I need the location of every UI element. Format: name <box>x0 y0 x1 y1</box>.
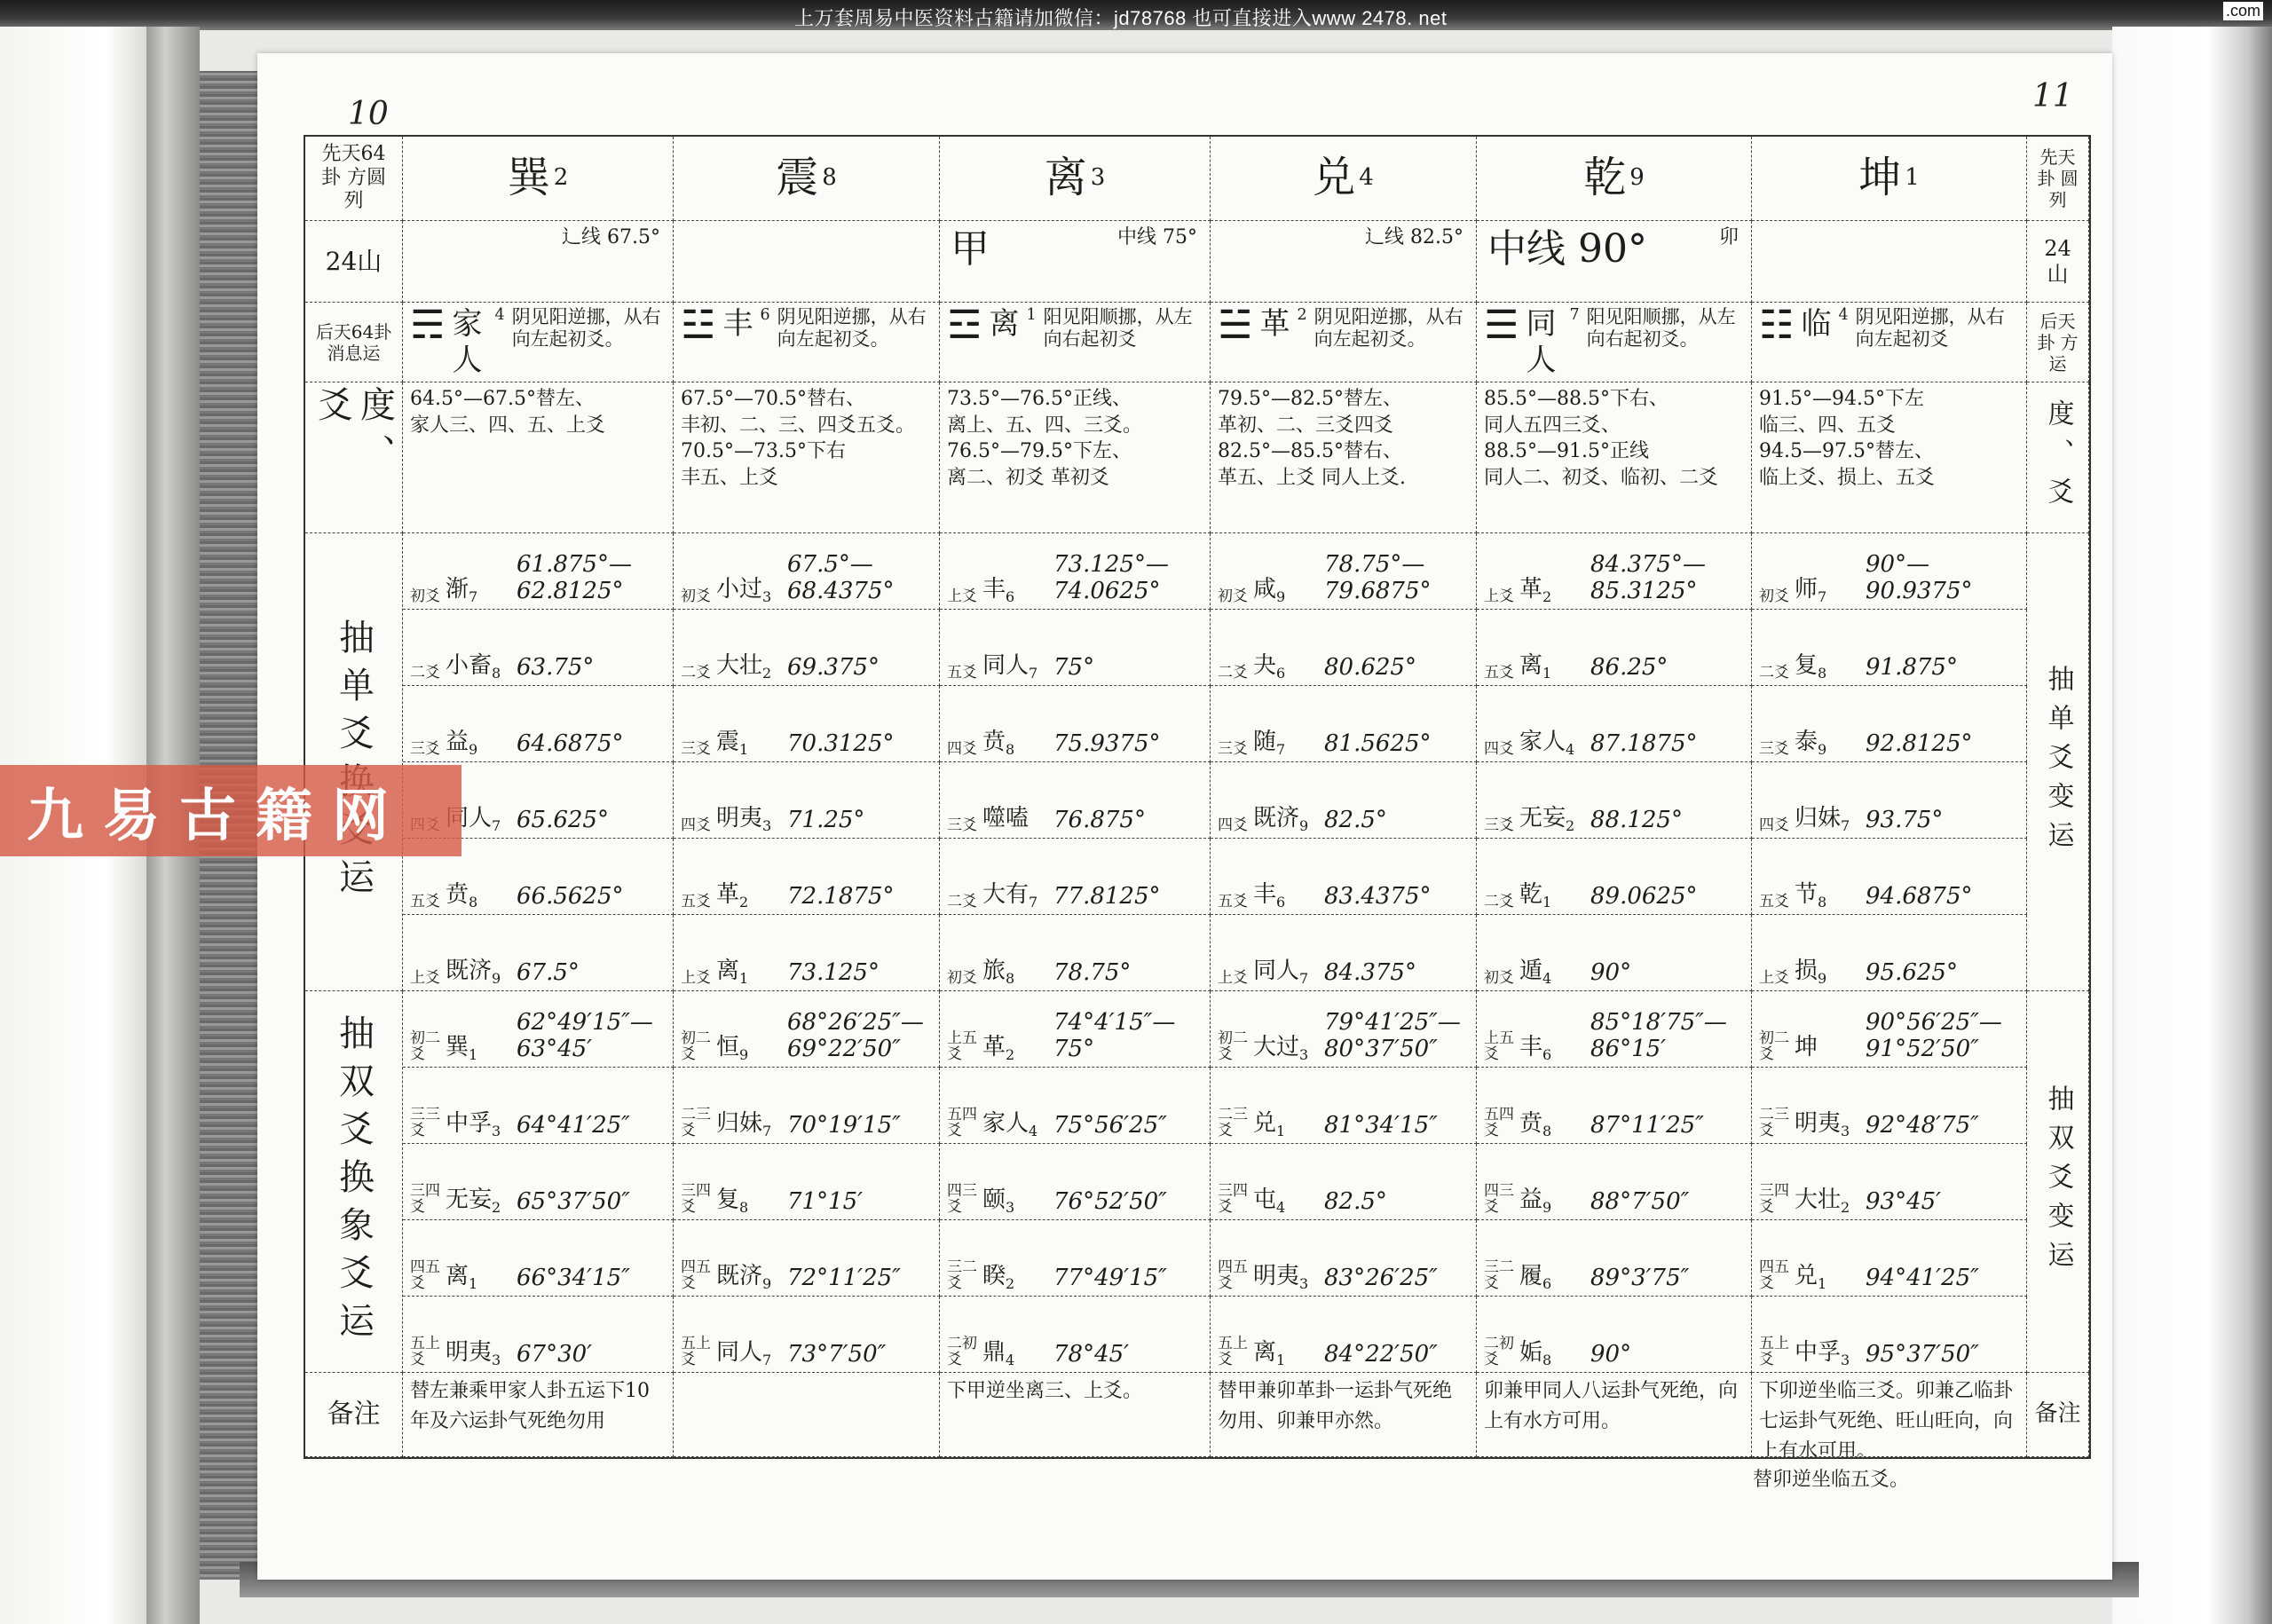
hexagram-rule-text: 阳见阳顺挪，从左向右起初爻。 <box>1587 306 1744 351</box>
yao-hexagram: 离1 <box>446 1263 517 1292</box>
yao-degree: 67°30′ <box>517 1342 666 1368</box>
yao-position: 四五爻 <box>410 1260 446 1292</box>
yao-degree: 94°41′25″ <box>1866 1265 2019 1292</box>
single-yao-cell: 二爻小畜863.75° <box>403 610 674 686</box>
mountain-right: 辶线 82.5° <box>1365 226 1463 249</box>
yao-number: 1 <box>739 970 748 987</box>
single-yao-cell: 上爻同人784.375° <box>1211 915 1477 991</box>
hexagram-name: 同人 <box>1526 306 1562 379</box>
mountain-right: 卯 <box>1719 226 1739 249</box>
row-label-hexagram-nav: 后天64卦 消息运 <box>305 303 403 382</box>
yao-degree: 73.125°— 74.0625° <box>1053 552 1203 605</box>
yao-number: 2 <box>1841 1199 1850 1216</box>
yao-degree: 72.1875° <box>787 884 932 911</box>
trigram-symbol: ☰ <box>1484 306 1519 345</box>
double-yao-cell: 四五爻离166°34′15″ <box>403 1220 674 1297</box>
yao-number: 1 <box>1276 1123 1285 1139</box>
yao-entry: 三四爻无妄265°37′50″ <box>410 1147 666 1216</box>
single-yao-cell: 二爻大有777.8125° <box>940 839 1211 915</box>
yao-number: 4 <box>1542 970 1551 987</box>
yao-degree: 90°56′25″— 91°52′50″ <box>1866 1010 2019 1063</box>
row-label-degrees: 度、爻 <box>305 382 403 533</box>
yao-hexagram: 明夷3 <box>1253 1263 1324 1292</box>
yao-hexagram: 革2 <box>716 881 787 911</box>
degrees-cell: 64.5°—67.5°替左、 家人三、四、五、上爻 <box>403 382 674 533</box>
yao-hexagram: 夬6 <box>1253 652 1324 682</box>
yao-number: 4 <box>1276 1199 1285 1216</box>
trigram-name: 乾 <box>1583 153 1626 204</box>
yao-number: 3 <box>1006 1199 1014 1216</box>
yao-position: 初爻 <box>1484 971 1519 987</box>
yao-entry: 三四爻屯482.5° <box>1218 1147 1469 1216</box>
yao-entry: 五四爻家人475°56′25″ <box>947 1071 1203 1139</box>
yao-number: 6 <box>1542 1046 1551 1063</box>
yao-entry: 二三爻明夷392°48′75″ <box>1759 1071 2019 1139</box>
yao-degree: 89.0625° <box>1590 884 1744 911</box>
yao-degree: 74°4′15″— 75° <box>1053 1010 1203 1063</box>
yao-position: 四爻 <box>1218 818 1253 834</box>
yao-number: 4 <box>1566 741 1574 758</box>
single-yao-cell: 二爻大壮269.375° <box>674 610 940 686</box>
yao-entry: 二初爻鼎478°45′ <box>947 1300 1203 1368</box>
notes-cell: 替甲兼卯革卦一运卦气死绝勿用、卯兼甲亦然。 <box>1211 1373 1477 1457</box>
column-header-trigram: 乾9 <box>1477 137 1752 221</box>
trigram-symbol: ☲ <box>947 306 982 345</box>
trigram-symbol: ☴ <box>410 306 445 345</box>
double-yao-cell: 上五爻革274°4′15″— 75° <box>940 991 1211 1068</box>
yao-position: 三爻 <box>681 742 716 758</box>
yao-position: 上爻 <box>1218 971 1253 987</box>
yao-hexagram: 睽2 <box>982 1263 1053 1292</box>
yao-degree: 91.875° <box>1866 655 2019 682</box>
right-label-notes: 备注 <box>2027 1373 2089 1457</box>
hexagram-name: 革 <box>1259 306 1290 343</box>
double-yao-cell: 三二爻睽277°49′15″ <box>940 1220 1211 1297</box>
yao-entry: 五爻革272.1875° <box>681 842 932 911</box>
mountain-right: 辶线 67.5° <box>562 226 660 249</box>
hexagram-name: 临 <box>1801 306 1831 343</box>
yao-hexagram: 旅8 <box>982 958 1053 987</box>
single-yao-cell: 上爻丰673.125°— 74.0625° <box>940 533 1211 610</box>
mountain-cell: 辶线 67.5° <box>403 221 674 303</box>
yao-position: 四爻 <box>1759 818 1795 834</box>
yao-number: 7 <box>762 1352 771 1368</box>
yao-position: 二初爻 <box>1484 1336 1519 1368</box>
yao-hexagram: 震1 <box>716 729 787 758</box>
yao-entry: 五爻同人775° <box>947 613 1203 682</box>
double-yao-cell: 四五爻明夷383°26′25″ <box>1211 1220 1477 1297</box>
yao-degree: 82.5° <box>1324 808 1469 834</box>
yao-hexagram: 既济9 <box>446 958 517 987</box>
yao-hexagram: 无妄2 <box>446 1186 517 1216</box>
yao-position: 五爻 <box>947 666 982 682</box>
trigram-name: 坤 <box>1858 153 1901 204</box>
single-yao-cell: 初爻遁490° <box>1477 915 1752 991</box>
yao-entry: 三二爻履689°3′75″ <box>1484 1224 1744 1292</box>
yao-degree: 83.4375° <box>1324 884 1469 911</box>
right-label-hexagram-nav: 后天卦 方运 <box>2027 303 2089 382</box>
yao-degree: 80.625° <box>1324 655 1469 682</box>
yao-number: 3 <box>1841 1352 1850 1368</box>
trigram-symbol: ☷ <box>1759 306 1794 345</box>
yao-number: 8 <box>1542 1352 1551 1368</box>
yao-entry: 上爻革284.375°— 85.3125° <box>1484 537 1744 605</box>
yao-entry: 五上爻中孚395°37′50″ <box>1759 1300 2019 1368</box>
double-yao-cell: 四五爻兑194°41′25″ <box>1752 1220 2027 1297</box>
yao-hexagram: 节8 <box>1795 881 1866 911</box>
double-yao-cell: 五上爻中孚395°37′50″ <box>1752 1297 2027 1373</box>
yao-degree: 67.5°— 68.4375° <box>787 552 932 605</box>
yao-position: 三爻 <box>1218 742 1253 758</box>
hexagram-number: 2 <box>1297 306 1306 325</box>
yao-number: 9 <box>1818 741 1826 758</box>
column-header-trigram: 坤1 <box>1752 137 2027 221</box>
double-yao-cell: 三三爻中孚364°41′25″ <box>403 1068 674 1144</box>
yao-entry: 三三爻中孚364°41′25″ <box>410 1071 666 1139</box>
yao-hexagram: 同人7 <box>982 652 1053 682</box>
yao-position: 二爻 <box>1759 666 1795 682</box>
right-page-edge <box>2112 27 2272 1624</box>
yao-degree: 77°49′15″ <box>1053 1265 1203 1292</box>
yao-entry: 三爻震170.3125° <box>681 690 932 758</box>
yao-entry: 五爻节894.6875° <box>1759 842 2019 911</box>
single-yao-cell: 五爻丰683.4375° <box>1211 839 1477 915</box>
yao-entry: 五爻丰683.4375° <box>1218 842 1469 911</box>
hexagram-name: 丰 <box>722 306 753 343</box>
yao-hexagram: 履6 <box>1519 1263 1590 1292</box>
yao-position: 二爻 <box>681 666 716 682</box>
yao-number: 7 <box>1029 665 1037 682</box>
mountain-left: 中线 90° <box>1487 226 1647 273</box>
hexagram-cell: ☷临4阴见阳逆挪，从右向左起初爻 <box>1752 303 2027 382</box>
yao-degree: 84.375°— 85.3125° <box>1590 552 1744 605</box>
yao-hexagram: 既济9 <box>716 1263 787 1292</box>
row-label-single-yao: 抽单爻换爻运 <box>305 533 403 991</box>
yao-number: 3 <box>1841 1123 1850 1139</box>
yao-degree: 76°52′50″ <box>1053 1189 1203 1216</box>
notes-cell: 卯兼甲同人八运卦气死绝，向上有水方可用。 <box>1477 1373 1752 1457</box>
yao-hexagram: 归妹7 <box>1795 805 1866 834</box>
yao-degree: 93.75° <box>1866 808 2019 834</box>
yao-degree: 73.125° <box>787 960 932 987</box>
yao-position: 四三爻 <box>947 1184 982 1216</box>
yao-hexagram: 既济9 <box>1253 805 1324 834</box>
yao-degree: 70.3125° <box>787 731 932 758</box>
corner-text: .com <box>2223 2 2263 20</box>
yao-hexagram: 大有7 <box>982 881 1053 911</box>
yao-position: 二爻 <box>1218 666 1253 682</box>
yao-hexagram: 无妄2 <box>1519 805 1590 834</box>
yao-degree: 62°49′15″— 63°45′ <box>517 1010 666 1063</box>
yao-entry: 二爻大有777.8125° <box>947 842 1203 911</box>
yao-entry: 二爻小畜863.75° <box>410 613 666 682</box>
single-yao-cell: 四爻贲875.9375° <box>940 686 1211 762</box>
yao-position: 五爻 <box>1484 666 1519 682</box>
yao-position: 上爻 <box>410 971 446 987</box>
yao-degree: 78.75° <box>1053 960 1203 987</box>
yao-hexagram: 大过3 <box>1253 1034 1324 1063</box>
yao-entry: 二爻大壮269.375° <box>681 613 932 682</box>
yao-degree: 88°7′50″ <box>1590 1189 1744 1216</box>
single-yao-cell: 四爻家人487.1875° <box>1477 686 1752 762</box>
yao-hexagram: 大壮2 <box>716 652 787 682</box>
yao-hexagram: 离1 <box>716 958 787 987</box>
yao-entry: 四爻明夷371.25° <box>681 766 932 834</box>
yao-position: 上五爻 <box>947 1031 982 1063</box>
yao-entry: 四爻家人487.1875° <box>1484 690 1744 758</box>
yao-entry: 五四爻贲887°11′25″ <box>1484 1071 1744 1139</box>
yao-position: 初爻 <box>947 971 982 987</box>
yao-hexagram: 离1 <box>1519 652 1590 682</box>
yao-hexagram: 师7 <box>1795 576 1866 605</box>
yao-degree: 61.875°— 62.8125° <box>517 552 666 605</box>
single-yao-cell: 初爻师790°—90.9375° <box>1752 533 2027 610</box>
yao-hexagram: 兑1 <box>1795 1263 1866 1292</box>
yao-degree: 90° <box>1590 960 1744 987</box>
degrees-cell: 79.5°—82.5°替左、 革初、二、三爻四爻 82.5°—85.5°替右、 … <box>1211 382 1477 533</box>
page-number-right: 11 <box>2032 78 2073 114</box>
page-number-left: 10 <box>348 96 389 132</box>
yao-degree: 77.8125° <box>1053 884 1203 911</box>
double-yao-cell: 三四爻无妄265°37′50″ <box>403 1144 674 1220</box>
yao-entry: 四五爻兑194°41′25″ <box>1759 1224 2019 1292</box>
yao-position: 五爻 <box>681 895 716 911</box>
yao-degree: 64.6875° <box>517 731 666 758</box>
yao-position: 四五爻 <box>681 1260 716 1292</box>
yao-number: 3 <box>762 588 771 605</box>
trigram-symbol: ☳ <box>681 306 715 345</box>
yao-hexagram: 小畜8 <box>446 652 517 682</box>
yao-entry: 四爻贲875.9375° <box>947 690 1203 758</box>
yao-hexagram: 屯4 <box>1253 1186 1324 1216</box>
yao-entry: 二三爻归妹770°19′15″ <box>681 1071 932 1139</box>
yao-degree: 92.8125° <box>1866 731 2019 758</box>
yao-entry: 初爻师790°—90.9375° <box>1759 537 2019 605</box>
single-yao-cell: 初爻渐761.875°— 62.8125° <box>403 533 674 610</box>
yao-position: 三四爻 <box>1759 1184 1795 1216</box>
notes-cell <box>674 1373 940 1457</box>
yao-position: 初爻 <box>681 589 716 605</box>
yao-number: 9 <box>762 1275 771 1292</box>
mountain-cell: 辶线 82.5° <box>1211 221 1477 303</box>
yao-number: 9 <box>1542 1199 1551 1216</box>
yao-hexagram: 巽1 <box>446 1034 517 1063</box>
hexagram-cell: ☴家人4阴见阳逆挪，从右向左起初爻。 <box>403 303 674 382</box>
yao-position: 四五爻 <box>1218 1260 1253 1292</box>
yao-degree: 93°45′ <box>1866 1189 2019 1216</box>
yao-hexagram: 丰6 <box>1253 881 1324 911</box>
yao-position: 四五爻 <box>1759 1260 1795 1292</box>
double-yao-cell: 初二爻巽162°49′15″— 63°45′ <box>403 991 674 1068</box>
yao-number: 7 <box>1276 741 1285 758</box>
mountain-cell <box>674 221 940 303</box>
ad-banner: 上万套周易中医资料古籍请加微信：jd78768 也可直接进入www 2478. … <box>0 0 2272 30</box>
single-yao-cell: 五爻节894.6875° <box>1752 839 2027 915</box>
yao-position: 四三爻 <box>1484 1184 1519 1216</box>
yao-hexagram: 丰6 <box>982 576 1053 605</box>
yao-entry: 上爻同人784.375° <box>1218 918 1469 987</box>
yao-entry: 四五爻离166°34′15″ <box>410 1224 666 1292</box>
column-header-trigram: 离3 <box>940 137 1211 221</box>
yao-position: 二爻 <box>1484 895 1519 911</box>
yao-entry: 四三爻颐376°52′50″ <box>947 1147 1203 1216</box>
yao-number: 7 <box>1299 970 1308 987</box>
yao-degree: 86.25° <box>1590 655 1744 682</box>
yao-number: 2 <box>1006 1275 1014 1292</box>
single-yao-cell: 三爻泰992.8125° <box>1752 686 2027 762</box>
row-label-mountain: 24山 <box>305 221 403 303</box>
yao-hexagram: 鼎4 <box>982 1339 1053 1368</box>
double-yao-cell: 二三爻明夷392°48′75″ <box>1752 1068 2027 1144</box>
hexagram-cell: ☲离1阳见阳顺挪，从左向右起初爻 <box>940 303 1211 382</box>
yao-hexagram: 归妹7 <box>716 1110 787 1139</box>
yao-position: 五上爻 <box>410 1336 446 1368</box>
yao-position: 五四爻 <box>947 1108 982 1139</box>
yao-hexagram: 中孚3 <box>1795 1339 1866 1368</box>
hexagram-cell: ☱革2阴见阳逆挪，从右向左起初爻。 <box>1211 303 1477 382</box>
yao-hexagram: 丰6 <box>1519 1034 1590 1063</box>
yao-position: 上爻 <box>681 971 716 987</box>
yao-entry: 五爻离186.25° <box>1484 613 1744 682</box>
yao-entry: 二爻夬680.625° <box>1218 613 1469 682</box>
yao-hexagram: 益9 <box>446 729 517 758</box>
yao-hexagram: 贲8 <box>982 729 1053 758</box>
yao-hexagram: 革2 <box>982 1034 1053 1063</box>
yao-hexagram: 咸9 <box>1253 576 1324 605</box>
yao-number: 7 <box>762 1123 771 1139</box>
double-yao-cell: 五四爻家人475°56′25″ <box>940 1068 1211 1144</box>
yao-position: 五爻 <box>410 895 446 911</box>
double-yao-cell: 四三爻益988°7′50″ <box>1477 1144 1752 1220</box>
yao-number: 7 <box>469 588 477 605</box>
single-yao-cell: 上爻既济967.5° <box>403 915 674 991</box>
yao-number: 1 <box>1542 665 1551 682</box>
yao-hexagram: 损9 <box>1795 958 1866 987</box>
single-yao-cell: 二爻复891.875° <box>1752 610 2027 686</box>
yao-degree: 65.625° <box>517 808 666 834</box>
single-yao-cell: 三爻噬嗑76.875° <box>940 762 1211 839</box>
yao-hexagram: 噬嗑 <box>982 805 1053 834</box>
yao-position: 初爻 <box>1759 589 1795 605</box>
mountain-cell <box>1752 221 2027 303</box>
single-yao-cell: 五爻离186.25° <box>1477 610 1752 686</box>
yao-entry: 三爻无妄288.125° <box>1484 766 1744 834</box>
yao-number: 6 <box>1276 665 1285 682</box>
yao-number: 6 <box>1006 588 1014 605</box>
yao-degree: 76.875° <box>1053 808 1203 834</box>
yao-number: 1 <box>469 1046 477 1063</box>
yao-hexagram: 遁4 <box>1519 958 1590 987</box>
yao-position: 四爻 <box>1484 742 1519 758</box>
yao-hexagram: 益9 <box>1519 1186 1590 1216</box>
yao-entry: 四爻既济982.5° <box>1218 766 1469 834</box>
mountain-right: 中线 75° <box>1117 226 1197 249</box>
right-label-double-yao: 抽双爻变运 <box>2027 991 2089 1373</box>
yao-position: 二爻 <box>410 666 446 682</box>
single-yao-cell: 上爻损995.625° <box>1752 915 2027 991</box>
degrees-cell: 85.5°—88.5°下右、 同人五四三爻、 88.5°—91.5°正线 同人二… <box>1477 382 1752 533</box>
yao-number: 4 <box>1029 1123 1037 1139</box>
yao-number: 7 <box>1029 894 1037 911</box>
yao-entry: 初爻旅878.75° <box>947 918 1203 987</box>
yao-degree: 71.25° <box>787 808 932 834</box>
trigram-name: 离 <box>1045 153 1087 204</box>
yao-number: 7 <box>1841 817 1850 834</box>
yao-hexagram: 兑1 <box>1253 1110 1324 1139</box>
yao-position: 二爻 <box>947 895 982 911</box>
hexagram-rule-text: 阴见阳逆挪，从右向左起初爻。 <box>512 306 666 351</box>
yao-degree: 63.75° <box>517 655 666 682</box>
yao-entry: 四五爻明夷383°26′25″ <box>1218 1224 1469 1292</box>
hexagram-cell: ☰同人7阳见阳顺挪，从左向右起初爻。 <box>1477 303 1752 382</box>
yao-number: 3 <box>1299 1046 1308 1063</box>
single-yao-cell: 二爻夬680.625° <box>1211 610 1477 686</box>
yao-hexagram: 同人7 <box>1253 958 1324 987</box>
double-yao-cell: 上五爻丰685°18′75″— 86°15′ <box>1477 991 1752 1068</box>
double-yao-cell: 三四爻复871°15′ <box>674 1144 940 1220</box>
yao-position: 二三爻 <box>1759 1108 1795 1139</box>
yao-position: 三二爻 <box>947 1260 982 1292</box>
yao-hexagram: 坤 <box>1795 1034 1866 1063</box>
double-yao-cell: 二初爻姤890° <box>1477 1297 1752 1373</box>
yao-degree: 75° <box>1053 655 1203 682</box>
double-yao-cell: 四五爻既济972°11′25″ <box>674 1220 940 1297</box>
single-yao-cell: 上爻离173.125° <box>674 915 940 991</box>
trigram-number: 1 <box>1905 164 1920 192</box>
yao-degree: 87°11′25″ <box>1590 1113 1744 1139</box>
yao-hexagram: 泰9 <box>1795 729 1866 758</box>
yao-position: 五爻 <box>1759 895 1795 911</box>
yao-position: 初二爻 <box>1218 1031 1253 1063</box>
yao-degree: 87.1875° <box>1590 731 1744 758</box>
yao-position: 上五爻 <box>1484 1031 1519 1063</box>
yao-degree: 88.125° <box>1590 808 1744 834</box>
single-yao-cell: 二爻乾189.0625° <box>1477 839 1752 915</box>
yao-entry: 二爻乾189.0625° <box>1484 842 1744 911</box>
column-header-trigram: 巽2 <box>403 137 674 221</box>
yao-position: 初二爻 <box>410 1031 446 1063</box>
yao-number: 9 <box>1299 817 1308 834</box>
yao-number: 2 <box>492 1199 501 1216</box>
yao-number: 6 <box>1276 894 1285 911</box>
yao-degree: 78°45′ <box>1053 1342 1203 1368</box>
yao-entry: 上爻损995.625° <box>1759 918 2019 987</box>
yao-entry: 五上爻同人773°7′50″ <box>681 1300 932 1368</box>
yao-number: 2 <box>1566 817 1574 834</box>
yao-degree: 69.375° <box>787 655 932 682</box>
double-yao-cell: 五上爻离184°22′50″ <box>1211 1297 1477 1373</box>
yao-number: 8 <box>739 1199 748 1216</box>
hexagram-name: 离 <box>989 306 1019 343</box>
trigram-name: 震 <box>776 153 818 204</box>
yao-position: 初二爻 <box>681 1031 716 1063</box>
yao-entry: 三二爻睽277°49′15″ <box>947 1224 1203 1292</box>
yao-number: 8 <box>1542 1123 1551 1139</box>
yao-number: 2 <box>762 665 771 682</box>
yao-entry: 初爻咸978.75°— 79.6875° <box>1218 537 1469 605</box>
yao-number: 1 <box>1818 1275 1826 1292</box>
hexagram-cell: ☳丰6阴见阳逆挪，从右向左起初爻。 <box>674 303 940 382</box>
yao-position: 初二爻 <box>1759 1031 1795 1063</box>
yao-degree: 95.625° <box>1866 960 2019 987</box>
double-yao-cell: 三二爻履689°3′75″ <box>1477 1220 1752 1297</box>
hexagram-rule-text: 阳见阳顺挪，从左向右起初爻 <box>1044 306 1203 351</box>
mountain-left: 甲 <box>951 226 990 273</box>
yao-entry: 初爻渐761.875°— 62.8125° <box>410 537 666 605</box>
single-yao-cell: 四爻明夷371.25° <box>674 762 940 839</box>
single-yao-cell: 三爻益964.6875° <box>403 686 674 762</box>
yao-degree: 73°7′50″ <box>787 1342 932 1368</box>
